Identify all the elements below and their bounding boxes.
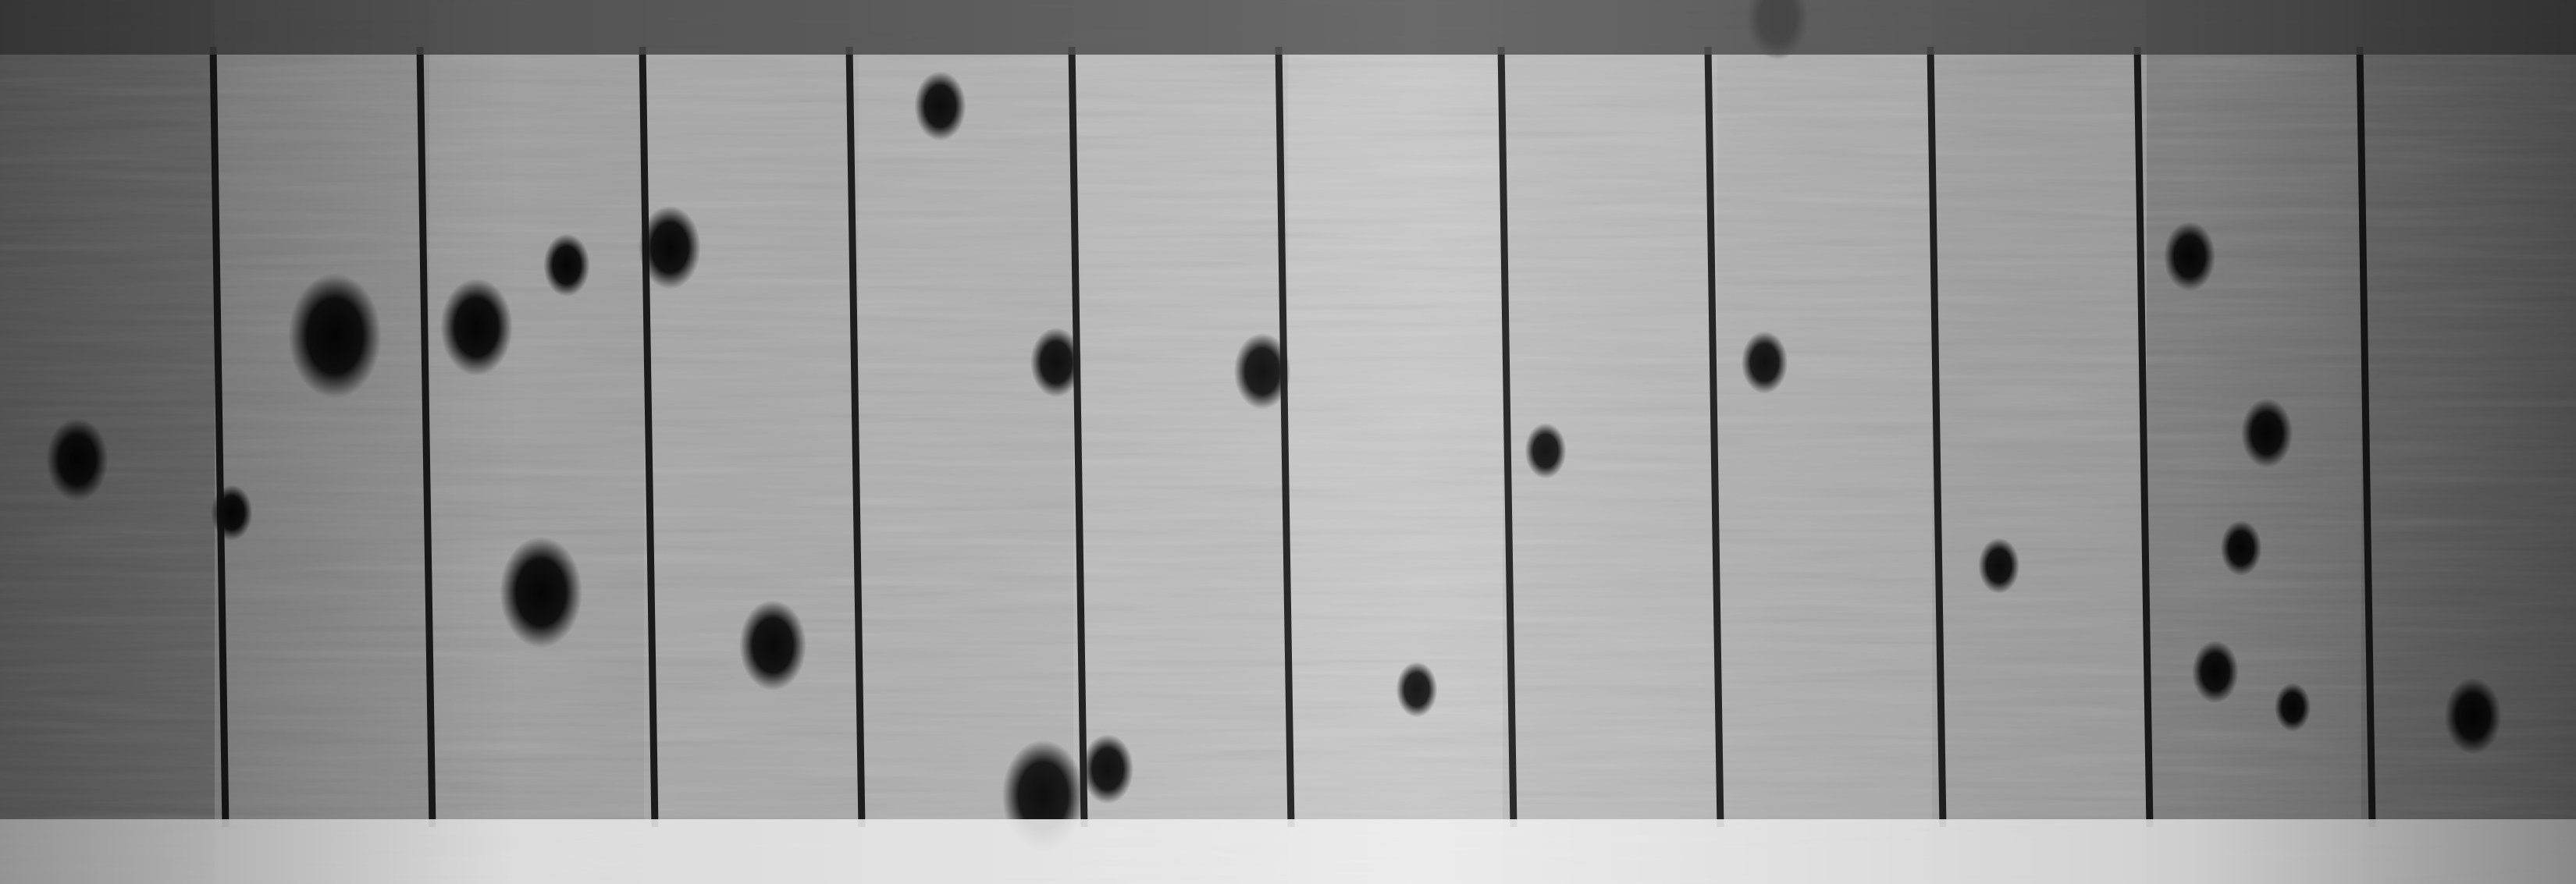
plank-wall bbox=[0, 0, 2576, 884]
wood-plank-photo bbox=[0, 0, 2576, 884]
lighting-vignette bbox=[0, 0, 2576, 884]
